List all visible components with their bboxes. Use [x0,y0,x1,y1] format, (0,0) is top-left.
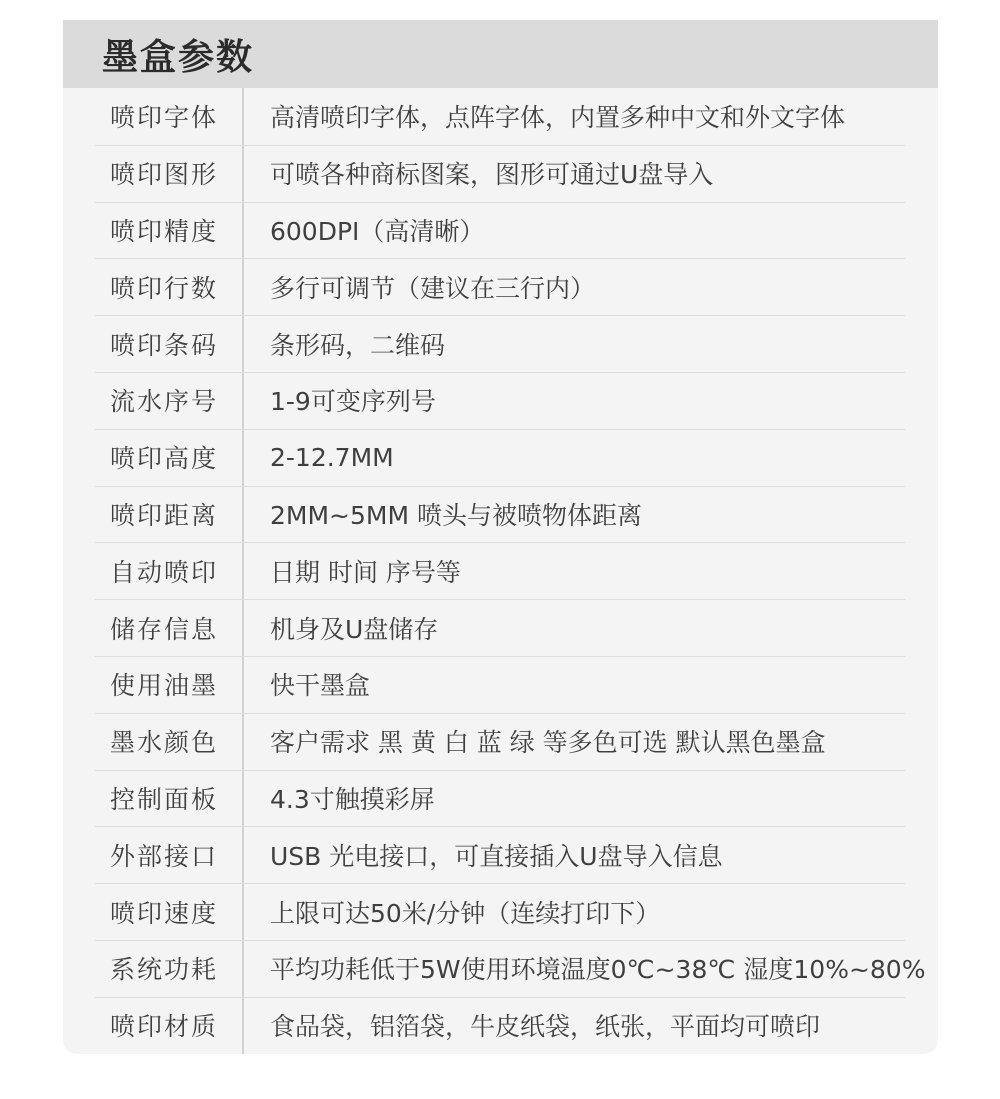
spec-label: 使用油墨 [110,666,242,702]
spec-value: USB 光电接口，可直接插入U盘导入信息 [270,837,723,873]
spec-row: 储存信息 机身及U盘储存 [63,599,938,656]
spec-row: 喷印行数 多行可调节（建议在三行内） [63,258,938,315]
column-divider [242,258,244,315]
column-divider [242,429,244,486]
spec-row: 自动喷印 日期 时间 序号等 [63,542,938,599]
spec-card-header: 墨盒参数 [63,20,938,88]
spec-value: 4.3寸触摸彩屏 [270,780,435,816]
spec-label: 流水序号 [110,382,242,418]
spec-row: 喷印材质 食品袋，铝箔袋，牛皮纸袋，纸张，平面均可喷印 [63,997,938,1054]
spec-card: 墨盒参数 喷印字体 高清喷印字体，点阵字体，内置多种中文和外文字体 喷印图形 可… [63,20,938,1054]
spec-label: 喷印字体 [110,98,242,134]
spec-row: 控制面板 4.3寸触摸彩屏 [63,770,938,827]
column-divider [242,88,244,145]
column-divider [242,940,244,997]
spec-value: 上限可达50米/分钟（连续打印下） [270,894,660,930]
column-divider [242,770,244,827]
column-divider [242,202,244,259]
column-divider [242,145,244,202]
spec-row: 流水序号 1-9可变序列号 [63,372,938,429]
spec-label: 控制面板 [110,780,242,816]
spec-label: 自动喷印 [110,553,242,589]
spec-label: 系统功耗 [110,950,242,986]
spec-row: 系统功耗 平均功耗低于5W使用环境温度0℃~38℃ 湿度10%~80% [63,940,938,997]
spec-label: 储存信息 [110,610,242,646]
spec-label: 墨水颜色 [110,723,242,759]
spec-row: 喷印字体 高清喷印字体，点阵字体，内置多种中文和外文字体 [63,88,938,145]
spec-row: 喷印速度 上限可达50米/分钟（连续打印下） [63,883,938,940]
column-divider [242,486,244,543]
column-divider [242,883,244,940]
column-divider [242,997,244,1054]
spec-value: 机身及U盘储存 [270,610,438,646]
spec-row: 墨水颜色 客户需求 黑 黄 白 蓝 绿 等多色可选 默认黑色墨盒 [63,713,938,770]
spec-table: 喷印字体 高清喷印字体，点阵字体，内置多种中文和外文字体 喷印图形 可喷各种商标… [63,88,938,1054]
spec-value: 2MM~5MM 喷头与被喷物体距离 [270,496,642,532]
spec-value: 1-9可变序列号 [270,382,436,418]
column-divider [242,826,244,883]
column-divider [242,542,244,599]
spec-row: 喷印条码 条形码，二维码 [63,315,938,372]
spec-label: 喷印速度 [110,894,242,930]
spec-label: 喷印材质 [110,1007,242,1043]
spec-row: 使用油墨 快干墨盒 [63,656,938,713]
spec-label: 喷印行数 [110,269,242,305]
spec-value: 条形码，二维码 [270,326,445,362]
spec-row: 喷印精度 600DPI（高清晰） [63,202,938,259]
column-divider [242,713,244,770]
spec-row: 喷印高度 2-12.7MM [63,429,938,486]
column-divider [242,656,244,713]
spec-value: 高清喷印字体，点阵字体，内置多种中文和外文字体 [270,98,845,134]
spec-value: 快干墨盒 [270,666,370,702]
spec-value: 2-12.7MM [270,443,394,472]
spec-label: 喷印图形 [110,155,242,191]
spec-label: 喷印高度 [110,439,242,475]
spec-value: 食品袋，铝箔袋，牛皮纸袋，纸张，平面均可喷印 [270,1007,820,1043]
spec-label: 外部接口 [110,837,242,873]
column-divider [242,372,244,429]
column-divider [242,599,244,656]
column-divider [242,315,244,372]
spec-value: 日期 时间 序号等 [270,553,461,589]
spec-label: 喷印距离 [110,496,242,532]
page-title: 墨盒参数 [102,29,254,80]
spec-value: 平均功耗低于5W使用环境温度0℃~38℃ 湿度10%~80% [270,950,925,986]
spec-value: 多行可调节（建议在三行内） [270,269,595,305]
spec-row: 喷印距离 2MM~5MM 喷头与被喷物体距离 [63,486,938,543]
spec-label: 喷印条码 [110,326,242,362]
spec-label: 喷印精度 [110,212,242,248]
spec-value: 可喷各种商标图案，图形可通过U盘导入 [270,155,713,191]
spec-value: 客户需求 黑 黄 白 蓝 绿 等多色可选 默认黑色墨盒 [270,723,826,759]
spec-row: 外部接口 USB 光电接口，可直接插入U盘导入信息 [63,826,938,883]
spec-row: 喷印图形 可喷各种商标图案，图形可通过U盘导入 [63,145,938,202]
spec-value: 600DPI（高清晰） [270,212,484,248]
